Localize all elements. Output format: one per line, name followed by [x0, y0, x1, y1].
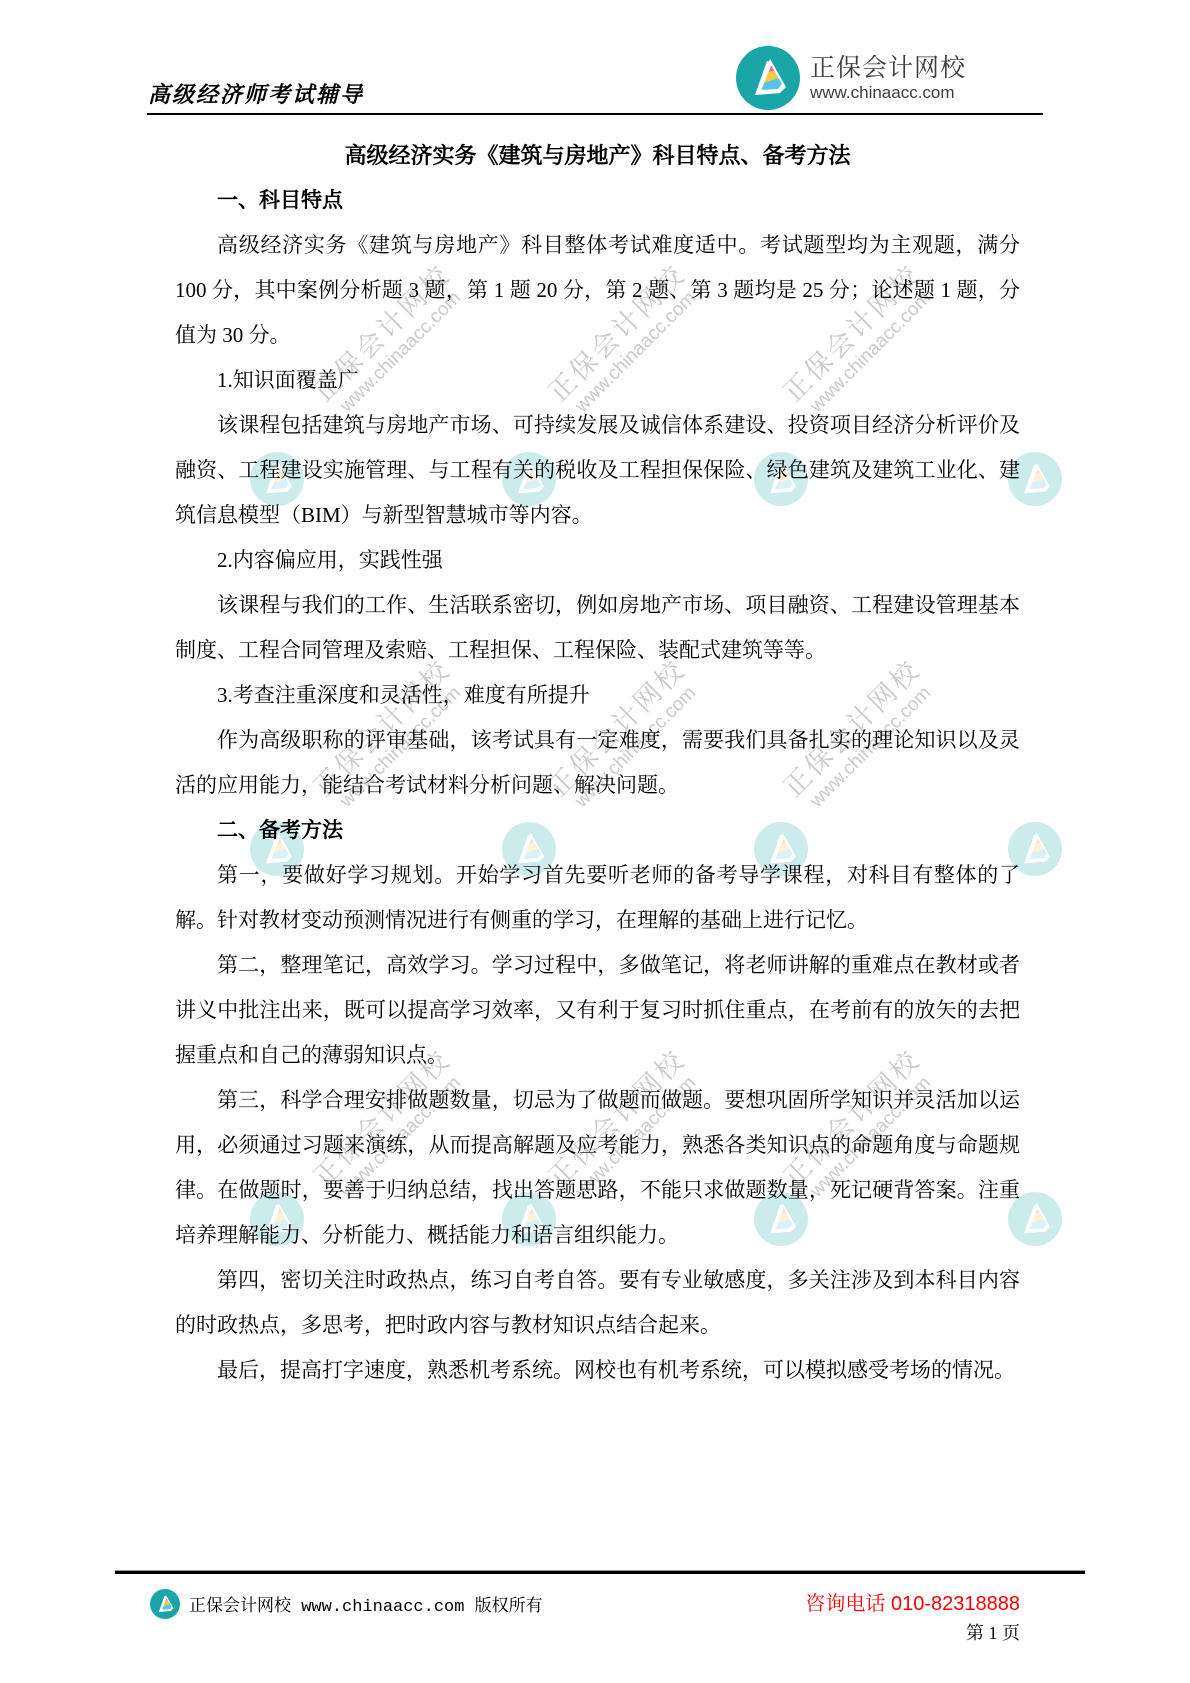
footer-logo-icon: [150, 1589, 180, 1619]
paragraph: 该课程包括建筑与房地产市场、可持续发展及诚信体系建设、投资项目经济分析评价及融资…: [175, 403, 1020, 538]
paragraph: 3.考查注重深度和灵活性，难度有所提升: [175, 673, 1020, 718]
header-rule: [147, 113, 1043, 115]
section-heading: 一、科目特点: [175, 178, 1020, 223]
section-heading: 二、备考方法: [175, 808, 1020, 853]
header-tagline: 高级经济师考试辅导: [148, 78, 364, 109]
paragraph: 第四，密切关注时政热点，练习自考自答。要有专业敏感度，多关注涉及到本科目内容的时…: [175, 1258, 1020, 1348]
paragraph: 第三，科学合理安排做题数量，切忌为了做题而做题。要想巩固所学知识并灵活加以运用，…: [175, 1078, 1020, 1258]
footer-rule: [115, 1570, 1085, 1574]
footer-right: 咨询电话 010-82318888 第 1 页: [805, 1591, 1020, 1649]
page-number: 第 1 页: [805, 1617, 1020, 1649]
paragraph: 高级经济实务《建筑与房地产》科目整体考试难度适中。考试题型均为主观题，满分 10…: [175, 223, 1020, 358]
consult-phone: 咨询电话 010-82318888: [805, 1591, 1020, 1617]
paragraph: 该课程与我们的工作、生活联系密切，例如房地产市场、项目融资、工程建设管理基本制度…: [175, 583, 1020, 673]
document-title: 高级经济实务《建筑与房地产》科目特点、备考方法: [175, 133, 1020, 178]
brand-block: 正保会计网校 www.chinaacc.com: [736, 46, 966, 110]
document-content: 高级经济实务《建筑与房地产》科目特点、备考方法 一、科目特点 高级经济实务《建筑…: [175, 133, 1020, 1393]
copyright-text: 正保会计网校 www.chinaacc.com 版权所有: [189, 1591, 543, 1617]
brand-logo-icon: [736, 46, 800, 110]
paragraph: 1.知识面覆盖广: [175, 358, 1020, 403]
brand-name: 正保会计网校: [810, 53, 966, 83]
paragraph: 第一，要做好学习规划。开始学习首先要听老师的备考导学课程，对科目有整体的了解。针…: [175, 853, 1020, 943]
footer-copyright: 正保会计网校 www.chinaacc.com 版权所有: [150, 1589, 543, 1619]
brand-url: www.chinaacc.com: [810, 83, 966, 103]
paragraph: 作为高级职称的评审基础，该考试具有一定难度，需要我们具备扎实的理论知识以及灵活的…: [175, 718, 1020, 808]
document-page: 正保会计网校www.chinaacc.com 正保会计网校www.chinaac…: [0, 0, 1190, 1683]
paragraph: 第二，整理笔记，高效学习。学习过程中，多做笔记，将老师讲解的重难点在教材或者讲义…: [175, 943, 1020, 1078]
paragraph: 2.内容偏应用，实践性强: [175, 538, 1020, 583]
paragraph: 最后，提高打字速度，熟悉机考系统。网校也有机考系统，可以模拟感受考场的情况。: [175, 1348, 1020, 1393]
